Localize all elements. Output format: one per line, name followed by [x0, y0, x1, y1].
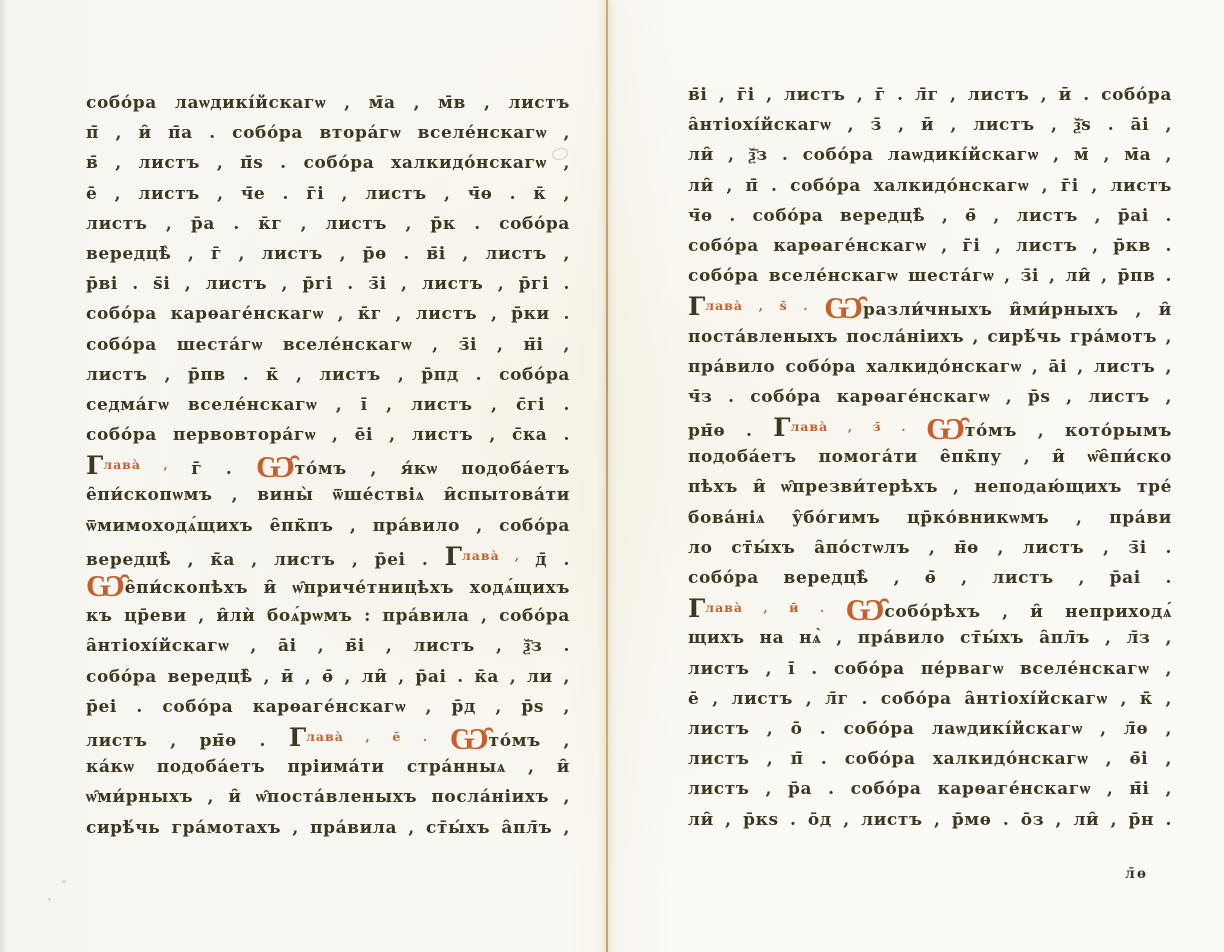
text-line: а̑нтіохі́йскагѡ , з̄ , ӣ , листъ , ѯ̄ѕ .…	[688, 110, 1172, 140]
rubric-chapter-label: лава̀ ,	[103, 457, 191, 472]
text-line: п̄ , и̑ п̄а . собо́ра втора́гѡ вселе́нск…	[86, 118, 570, 148]
chapter-initial: Г	[289, 723, 306, 752]
body-text: вередцѣ̀ , г̄ , листъ , р̄ѳ . в̄і , лист…	[86, 244, 570, 264]
ink-speck	[62, 880, 66, 883]
text-line: бова́ніѧ у̑бо́гимъ цр̄ко́вникѡмъ , пра́в…	[688, 503, 1172, 533]
text-line: в̄ , листъ , п̄ѕ . собо́ра халкидо́нскаг…	[86, 148, 570, 178]
text-line: листъ , рн̄ѳ . Глава̀ , е̄ . Ѡ̑то́мъ ,	[86, 722, 570, 752]
page-fold	[606, 0, 608, 952]
text-line: е̑пи́скопѡмъ , вины̀ ѿше́ствіѧ и̑спытова…	[86, 480, 570, 510]
text-line: а̑нтіохі́йскагѡ , а̄і , в̄і , листъ , ѯ̄…	[86, 631, 570, 661]
body-text: ѿмимоходѧ́щихъ е̑пк̄пъ , пра́вило , собо…	[86, 516, 570, 536]
text-line: ѡ̑ми́рныхъ , и̑ ѡ̑поста́вленыхъ посла́ні…	[86, 782, 570, 812]
body-text: г̄ .	[191, 459, 256, 479]
left-page-text: собо́ра лаѡдикі́йскагѡ , м̄а , м̄в , лис…	[86, 88, 570, 843]
body-text: р̄еі . собо́ра карѳаге́нскагѡ , р̄д , р̄…	[86, 697, 570, 717]
body-text: поста́вленыхъ посла́ніихъ , сирѣ́чь гра́…	[688, 327, 1172, 347]
body-text: ли̑ , ѯ̄з . собо́ра лаѡдикі́йскагѡ , м̄ …	[688, 145, 1172, 165]
body-text: р̄ві . ѕ̄і , листъ , р̄гі . з̄і , листъ …	[86, 274, 570, 294]
text-line: собо́ра первовтора́гѡ , е̄і , листъ , с̄…	[86, 420, 570, 450]
text-line: сирѣ́чь гра́мотахъ , пра́вила , ст̄ы́хъ …	[86, 813, 570, 843]
body-text: то́мъ , кото́рымъ	[965, 421, 1172, 441]
body-text: в̄і , г̄і , листъ , г̄ . л̄г , листъ , ӣ…	[688, 85, 1172, 105]
text-line: листъ , р̄пв . к̄ , листъ , р̄пд . собо́…	[86, 360, 570, 390]
body-text: щихъ на нѧ̀ , пра́вило ст̄ы́хъ а̑пл̄ъ , …	[688, 628, 1172, 648]
text-line: ли̑ , ѯ̄з . собо́ра лаѡдикі́йскагѡ , м̄ …	[688, 140, 1172, 170]
body-text: собо́ра шеста́гѡ вселе́нскагѡ , з̄і , н̄…	[86, 335, 570, 355]
body-text: подоба́етъ помога́ти е̑пк̄пу , и̑ ѡ̑е̑пи…	[688, 447, 1172, 467]
body-text: е̄ , листъ , л̄г . собо́ра а̑нтіохі́йска…	[688, 689, 1172, 709]
chapter-initial: Г	[773, 413, 790, 442]
body-text: ч̄ѳ . собо́ра вередцѣ̀ , ѳ̄ , листъ , р̄…	[688, 206, 1172, 226]
rubric-chapter-label: лава̀ , ӣ .	[705, 600, 845, 615]
body-text: в̄ , листъ , п̄ѕ . собо́ра халкидо́нскаг…	[86, 153, 570, 173]
rubric-chapter-label: лава̀ , е̄ .	[306, 729, 450, 744]
rubric-chapter-label: лава̀ , ѕ̄ .	[705, 298, 824, 313]
text-line: е̄ , листъ , л̄г . собо́ра а̑нтіохі́йска…	[688, 684, 1172, 714]
text-line: ло ст̄ы́хъ а̑по́стѡлъ , н̄ѳ , листъ , з̄…	[688, 533, 1172, 563]
body-text: разли́чныхъ и̑ми́рныхъ , и̑	[863, 300, 1172, 320]
body-text: пра́вило собо́ра халкидо́нскагѡ , а̄і , …	[688, 357, 1172, 377]
body-text: ч̄з . собо́ра карѳаге́нскагѡ , р̄ѕ , лис…	[688, 387, 1172, 407]
ornate-omega-initial: Ѡ̑	[824, 290, 863, 326]
ink-smudge: ⌐	[559, 96, 569, 110]
text-line: собо́ра вередцѣ̀ , ѳ̄ , листъ , р̄аі .	[688, 563, 1172, 593]
body-text: а̑нтіохі́йскагѡ , а̄і , в̄і , листъ , ѯ̄…	[86, 636, 570, 656]
body-text: то́мъ ,	[489, 731, 570, 751]
rubric-chapter-label: лава̀ ,	[462, 548, 535, 563]
body-text: сирѣ́чь гра́мотахъ , пра́вила , ст̄ы́хъ …	[86, 818, 570, 838]
body-text: листъ , р̄а . к̄г , листъ , р̄к . собо́р…	[86, 214, 570, 234]
body-text: собо́ра вередцѣ̀ , ӣ , ѳ̄ , ли̑ , р̄аі .…	[86, 667, 570, 687]
text-line: щихъ на нѧ̀ , пра́вило ст̄ы́хъ а̑пл̄ъ , …	[688, 623, 1172, 653]
body-text: е̄ , листъ , ч̄е . г̄і , листъ , ч̄ѳ . к…	[86, 184, 570, 204]
body-text: листъ , о̄ . собо́ра лаѡдикі́йскагѡ , л̄…	[688, 719, 1172, 739]
text-line: рн̄ѳ . Глава̀ , з̄ . Ѡ̑то́мъ , кото́рымъ	[688, 412, 1172, 442]
text-line: подоба́етъ помога́ти е̑пк̄пу , и̑ ѡ̑е̑пи…	[688, 442, 1172, 472]
body-text: ка́кѡ подоба́етъ пріима́ти стра́нныѧ , и…	[86, 757, 570, 777]
body-text: ѡ̑ми́рныхъ , и̑ ѡ̑поста́вленыхъ посла́ні…	[86, 787, 570, 807]
body-text: п̄ , и̑ п̄а . собо́ра втора́гѡ вселе́нск…	[86, 123, 570, 143]
text-line: собо́ра вередцѣ̀ , ӣ , ѳ̄ , ли̑ , р̄аі .…	[86, 662, 570, 692]
rubric-chapter-label: лава̀ , з̄ .	[790, 419, 926, 434]
body-text: седма́гѡ вселе́нскагѡ , і̄ , листъ , с̄г…	[86, 395, 570, 415]
body-text: ли̑ , р̄кѕ . о̄д , листъ , р̄мѳ . о̄з , …	[688, 810, 1172, 830]
text-line: пѣхъ и̑ ѡ̑презви́терѣхъ , неподаю́щихъ т…	[688, 472, 1172, 502]
body-text: е̑пи́скопѣхъ и̑ ѡ̑приче́тницѣхъ ходѧ́щих…	[125, 578, 570, 598]
ornate-omega-initial: Ѡ̑	[86, 568, 125, 604]
body-text: бова́ніѧ у̑бо́гимъ цр̄ко́вникѡмъ , пра́в…	[688, 508, 1172, 528]
text-line: р̄еі . собо́ра карѳаге́нскагѡ , р̄д , р̄…	[86, 692, 570, 722]
body-text: собо́ра карѳаге́нскагѡ , к̄г , листъ , р…	[86, 304, 570, 324]
chapter-initial: Г	[688, 594, 705, 623]
body-text: листъ , р̄пв . к̄ , листъ , р̄пд . собо́…	[86, 365, 570, 385]
body-text: ли̑ , п̄ . собо́ра халкидо́нскагѡ , г̄і …	[688, 176, 1172, 196]
body-text: пѣхъ и̑ ѡ̑презви́терѣхъ , неподаю́щихъ т…	[688, 477, 1172, 497]
text-line: р̄ві . ѕ̄і , листъ , р̄гі . з̄і , листъ …	[86, 269, 570, 299]
text-line: собо́ра шеста́гѡ вселе́нскагѡ , з̄і , н̄…	[86, 330, 570, 360]
body-text: вередцѣ̀ , к̄а , листъ , р̄еі .	[86, 550, 445, 570]
text-line: листъ , і̄ . собо́ра пе́рвагѡ вселе́нска…	[688, 654, 1172, 684]
chapter-initial: Г	[86, 451, 103, 480]
text-line: листъ , п̄ . собо́ра халкидо́нскагѡ , ѳ̄…	[688, 744, 1172, 774]
text-line: вередцѣ̀ , к̄а , листъ , р̄еі . Глава̀ ,…	[86, 541, 570, 571]
body-text: ло ст̄ы́хъ а̑по́стѡлъ , н̄ѳ , листъ , з̄…	[688, 538, 1172, 558]
ink-speck	[48, 898, 51, 901]
text-line: Глава̀ , г̄ . Ѡ̑то́мъ , я́кѡ подоба́етъ	[86, 450, 570, 480]
text-line: вередцѣ̀ , г̄ , листъ , р̄ѳ . в̄і , лист…	[86, 239, 570, 269]
quire-signature: л̄ѳ	[1125, 866, 1148, 882]
body-text: собо́ра первовтора́гѡ , е̄і , листъ , с̄…	[86, 425, 570, 445]
body-text: рн̄ѳ .	[688, 421, 773, 441]
body-text: то́мъ , я́кѡ подоба́етъ	[295, 459, 570, 479]
text-line: листъ , о̄ . собо́ра лаѡдикі́йскагѡ , л̄…	[688, 714, 1172, 744]
body-text: къ цр̄еви , и̑лѝ боѧ́рѡмъ : пра́вила , с…	[86, 606, 570, 626]
body-text: листъ , р̄а . собо́ра карѳаге́нскагѡ , н…	[688, 779, 1172, 799]
text-line: пра́вило собо́ра халкидо́нскагѡ , а̄і , …	[688, 352, 1172, 382]
body-text: д̄ .	[535, 550, 570, 570]
text-line: поста́вленыхъ посла́ніихъ , сирѣ́чь гра́…	[688, 322, 1172, 352]
body-text: собо́ра лаѡдикі́йскагѡ , м̄а , м̄в , лис…	[86, 93, 570, 113]
body-text: собо́рѣхъ , и̑ неприходѧ́	[884, 602, 1172, 622]
text-line: седма́гѡ вселе́нскагѡ , і̄ , листъ , с̄г…	[86, 390, 570, 420]
book-scan: собо́ра лаѡдикі́йскагѡ , м̄а , м̄в , лис…	[0, 0, 1224, 952]
text-line: ч̄ѳ . собо́ра вередцѣ̀ , ѳ̄ , листъ , р̄…	[688, 201, 1172, 231]
text-line: ка́кѡ подоба́етъ пріима́ти стра́нныѧ , и…	[86, 752, 570, 782]
right-page-text: в̄і , г̄і , листъ , г̄ . л̄г , листъ , ӣ…	[688, 80, 1172, 835]
text-line: собо́ра карѳаге́нскагѡ , к̄г , листъ , р…	[86, 299, 570, 329]
text-line: собо́ра вселе́нскагѡ шеста́гѡ , з̄і , ли…	[688, 261, 1172, 291]
text-line: Глава̀ , ѕ̄ . Ѡ̑разли́чныхъ и̑ми́рныхъ ,…	[688, 291, 1172, 321]
text-line: ч̄з . собо́ра карѳаге́нскагѡ , р̄ѕ , лис…	[688, 382, 1172, 412]
chapter-initial: Г	[445, 542, 462, 571]
body-text: собо́ра вередцѣ̀ , ѳ̄ , листъ , р̄аі .	[688, 568, 1172, 588]
body-text: листъ , п̄ . собо́ра халкидо́нскагѡ , ѳ̄…	[688, 749, 1172, 769]
text-line: ѿмимоходѧ́щихъ е̑пк̄пъ , пра́вило , собо…	[86, 511, 570, 541]
text-line: в̄і , г̄і , листъ , г̄ . л̄г , листъ , ӣ…	[688, 80, 1172, 110]
text-line: собо́ра карѳаге́нскагѡ , г̄і , листъ , р…	[688, 231, 1172, 261]
text-line: Глава̀ , ӣ . Ѡ̑собо́рѣхъ , и̑ неприходѧ́	[688, 593, 1172, 623]
text-line: ли̑ , р̄кѕ . о̄д , листъ , р̄мѳ . о̄з , …	[688, 805, 1172, 835]
body-text: е̑пи́скопѡмъ , вины̀ ѿше́ствіѧ и̑спытова…	[86, 485, 570, 505]
text-line: листъ , р̄а . собо́ра карѳаге́нскагѡ , н…	[688, 774, 1172, 804]
text-line: Ѡ̑е̑пи́скопѣхъ и̑ ѡ̑приче́тницѣхъ ходѧ́щ…	[86, 571, 570, 601]
chapter-initial: Г	[688, 292, 705, 321]
text-line: е̄ , листъ , ч̄е . г̄і , листъ , ч̄ѳ . к…	[86, 179, 570, 209]
text-line: собо́ра лаѡдикі́йскагѡ , м̄а , м̄в , лис…	[86, 88, 570, 118]
text-line: листъ , р̄а . к̄г , листъ , р̄к . собо́р…	[86, 209, 570, 239]
text-line: къ цр̄еви , и̑лѝ боѧ́рѡмъ : пра́вила , с…	[86, 601, 570, 631]
body-text: а̑нтіохі́йскагѡ , з̄ , ӣ , листъ , ѯ̄ѕ .…	[688, 115, 1172, 135]
body-text: листъ , і̄ . собо́ра пе́рвагѡ вселе́нска…	[688, 659, 1172, 679]
body-text: собо́ра карѳаге́нскагѡ , г̄і , листъ , р…	[688, 236, 1172, 256]
body-text: листъ , рн̄ѳ .	[86, 731, 289, 751]
body-text: собо́ра вселе́нскагѡ шеста́гѡ , з̄і , ли…	[688, 266, 1172, 286]
text-line: ли̑ , п̄ . собо́ра халкидо́нскагѡ , г̄і …	[688, 171, 1172, 201]
